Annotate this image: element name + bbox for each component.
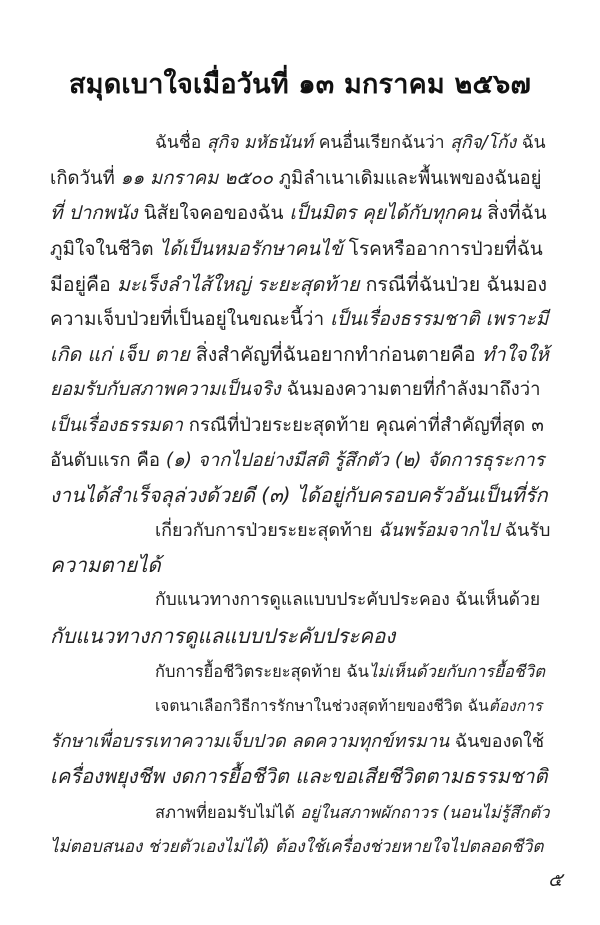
text-line: สภาพที่ยอมรับไม่ได้ อยู่ในสภาพผักถาวร (น…	[50, 795, 550, 830]
text-line: รักษาเพื่อบรรเทาความเจ็บปวด ลดความทุกข์ท…	[50, 724, 550, 759]
italic-text: งานได้สำเร็จลุล่วงด้วยดี (๓) ได้อยู่กับค…	[50, 483, 548, 507]
text-line: ความเจ็บป่วยที่เป็นอยู่ในขณะนี้ว่า เป็นเ…	[50, 302, 550, 337]
text: กับการยื้อชีวิตระยะสุดท้าย ฉัน	[155, 662, 369, 681]
italic-text: ๑๑ มกราคม ๒๕๐๐	[121, 168, 273, 189]
text-line: ยอมรับกับสภาพความเป็นจริง ฉันมองความตายท…	[50, 372, 550, 407]
text: เกี่ยวกับการป่วยระยะสุดท้าย	[155, 520, 378, 541]
text: อันดับแรก คือ	[50, 450, 166, 471]
text: ฉัน	[516, 133, 545, 153]
text: กรณีที่ป่วยระยะสุดท้าย คุณค่าที่สำคัญที่…	[183, 415, 544, 436]
text-line: งานได้สำเร็จลุล่วงด้วยดี (๓) ได้อยู่กับค…	[50, 478, 550, 513]
text: ฉันชื่อ	[155, 133, 207, 153]
page-number: ๕	[548, 865, 562, 895]
text-line: กับแนวทางการดูแลแบบประคับประคอง	[50, 619, 550, 654]
italic-text: เกิด แก่ เจ็บ ตาย	[50, 343, 190, 366]
text-line: เกิด แก่ เจ็บ ตาย สิ่งสำคัญที่ฉันอยากทำก…	[50, 337, 550, 372]
italic-text: ความตายได้	[50, 553, 161, 577]
italic-text: อยู่ในสภาพผักถาวร (นอนไม่รู้สึกตัว	[300, 803, 549, 822]
italic-text: สุกิจ/โก้ง	[450, 133, 516, 153]
text-line: ความตายได้	[50, 548, 550, 583]
text: มีอยู่คือ	[50, 273, 117, 296]
text-line: กับการยื้อชีวิตระยะสุดท้าย ฉันไม่เห็นด้ว…	[50, 654, 550, 689]
italic-text: ฉันพร้อมจากไป	[378, 520, 499, 541]
text: สิ่งสำคัญที่ฉันอยากทำก่อนตายคือ	[190, 343, 482, 366]
text: สิ่งที่ฉัน	[481, 202, 546, 224]
italic-text: กับแนวทางการดูแลแบบประคับประคอง	[50, 624, 395, 648]
page-title: สมุดเบาใจเมื่อวันที่ ๑๓ มกราคม ๒๕๖๗	[0, 62, 600, 105]
text-line: ไม่ตอบสนอง ช่วยตัวเองไม่ได้) ต้องใช้เครื…	[50, 830, 550, 865]
text: คนอื่นเรียกฉันว่า	[313, 133, 450, 153]
text: ฉันมองความตายที่กำลังมาถึงว่า	[281, 379, 541, 400]
italic-text: เป็นเรื่องธรรมดา	[50, 415, 183, 436]
text: โรคหรืออาการป่วยที่ฉัน	[343, 238, 543, 260]
italic-text: ยอมรับกับสภาพความเป็นจริง	[50, 379, 281, 400]
italic-text: เครื่องพยุงชีพ งดการยื้อชีวิต และขอเสียช…	[50, 764, 547, 788]
italic-text: ไม่ตอบสนอง ช่วยตัวเองไม่ได้) ต้องใช้เครื…	[50, 837, 543, 857]
text-line: เกิดวันที่ ๑๑ มกราคม ๒๕๐๐ ภูมิลำเนาเดิมแ…	[50, 161, 550, 196]
italic-text: สุกิจ มหัธนันท์	[207, 133, 313, 153]
text-line: เครื่องพยุงชีพ งดการยื้อชีวิต และขอเสียช…	[50, 759, 550, 794]
italic-text: รักษาเพื่อบรรเทาความเจ็บปวด ลดความทุกข์ท…	[50, 731, 449, 752]
text: ฉันของดใช้	[449, 731, 544, 752]
text-line: อันดับแรก คือ (๑) จากไปอย่างมีสติ รู้สึก…	[50, 443, 550, 478]
text-line: ฉันชื่อ สุกิจ มหัธนันท์ คนอื่นเรียกฉันว่…	[50, 126, 550, 161]
text: เกิดวันที่	[50, 168, 121, 189]
text: สภาพที่ยอมรับไม่ได้	[155, 803, 300, 822]
text-line: มีอยู่คือ มะเร็งลำไส้ใหญ่ ระยะสุดท้าย กร…	[50, 267, 550, 302]
text: กับแนวทางการดูแลแบบประคับประคอง ฉันเห็นด…	[155, 590, 540, 610]
text: ความเจ็บป่วยที่เป็นอยู่ในขณะนี้ว่า	[50, 308, 330, 330]
document-body: ฉันชื่อ สุกิจ มหัธนันท์ คนอื่นเรียกฉันว่…	[50, 126, 550, 865]
italic-text: ได้เป็นหมอรักษาคนไข้	[160, 238, 343, 260]
text-line: เป็นเรื่องธรรมดา กรณีที่ป่วยระยะสุดท้าย …	[50, 408, 550, 443]
text: กรณีที่ฉันป่วย ฉันมอง	[359, 273, 547, 296]
text-line: เกี่ยวกับการป่วยระยะสุดท้าย ฉันพร้อมจากไ…	[50, 513, 550, 548]
text: เจตนาเลือกวิธีการรักษาในช่วงสุดท้ายของชี…	[155, 697, 489, 715]
text: นิสัยใจคอของฉัน	[138, 202, 290, 224]
italic-text: (๑) จากไปอย่างมีสติ รู้สึกตัว (๒) จัดการ…	[166, 450, 545, 471]
text: ภูมิใจในชีวิต	[50, 238, 160, 260]
italic-text: เป็นเรื่องธรรมชาติ เพราะมี	[330, 308, 548, 330]
italic-text: ไม่เห็นด้วยกับการยื้อชีวิต	[369, 662, 545, 681]
text-line: เจตนาเลือกวิธีการรักษาในช่วงสุดท้ายของชี…	[50, 689, 550, 724]
italic-text: ต้องการ	[489, 697, 542, 715]
text-line: ภูมิใจในชีวิต ได้เป็นหมอรักษาคนไข้ โรคหร…	[50, 232, 550, 267]
italic-text: ทำใจให้	[482, 343, 549, 366]
italic-text: ที่ ปากพนัง	[50, 202, 138, 224]
text: ฉันรับ	[499, 520, 550, 541]
italic-text: เป็นมิตร คุยได้กับทุกคน	[290, 202, 482, 224]
italic-text: มะเร็งลำไส้ใหญ่ ระยะสุดท้าย	[117, 273, 359, 296]
text: ภูมิลำเนาเดิมและพื้นเพของฉันอยู่	[273, 168, 541, 189]
text-line: ที่ ปากพนัง นิสัยใจคอของฉัน เป็นมิตร คุย…	[50, 196, 550, 231]
text-line: กับแนวทางการดูแลแบบประคับประคอง ฉันเห็นด…	[50, 583, 550, 618]
